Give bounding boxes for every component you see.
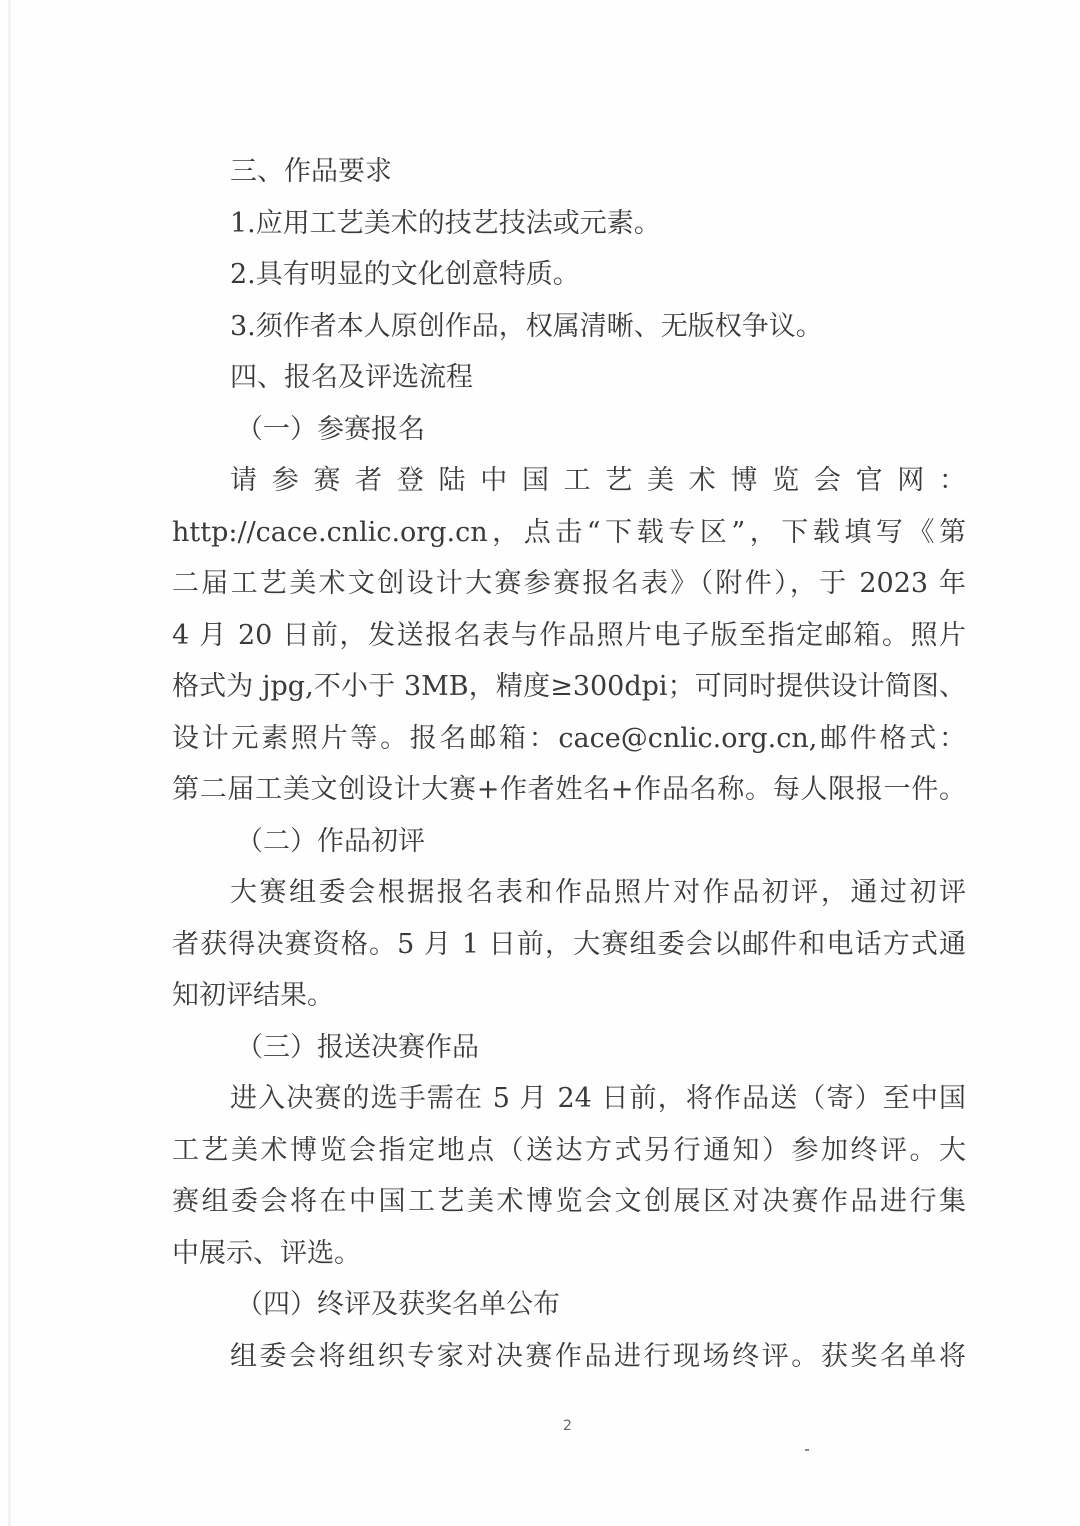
paragraph-line: 请参赛者登陆中国工艺美术博览会官网： bbox=[172, 455, 966, 507]
paragraph-line: 设计元素照片等。报名邮箱：cace@cnlic.org.cn,邮件格式： bbox=[172, 713, 966, 765]
paragraph-line: 格式为 jpg,不小于 3MB，精度≥300dpi；可同时提供设计简图、 bbox=[172, 661, 966, 713]
document-page: 三、作品要求 1.应用工艺美术的技艺技法或元素。 2.具有明显的文化创意特质。 … bbox=[0, 0, 1080, 1526]
paragraph-line: 赛组委会将在中国工艺美术博览会文创展区对决赛作品进行集 bbox=[172, 1176, 966, 1228]
requirement-item-2: 2.具有明显的文化创意特质。 bbox=[172, 249, 966, 301]
paragraph-line: 者获得决赛资格。5 月 1 日前，大赛组委会以邮件和电话方式通 bbox=[172, 919, 966, 971]
paragraph-line: 二届工艺美术文创设计大赛参赛报名表》（附件），于 2023 年 bbox=[172, 558, 966, 610]
subsection-heading-final-review: （四）终评及获奖名单公布 bbox=[172, 1279, 966, 1331]
paragraph-line: 工艺美术博览会指定地点（送达方式另行通知）参加终评。大 bbox=[172, 1125, 966, 1177]
document-body: 三、作品要求 1.应用工艺美术的技艺技法或元素。 2.具有明显的文化创意特质。 … bbox=[172, 146, 966, 1382]
page-number: 2 bbox=[563, 1418, 572, 1434]
scan-edge bbox=[8, 0, 11, 1526]
requirement-item-1: 1.应用工艺美术的技艺技法或元素。 bbox=[172, 198, 966, 250]
paragraph-line: http://cace.cnlic.org.cn，点击“下载专区”，下载填写《第 bbox=[172, 507, 966, 559]
paragraph-line: 知初评结果。 bbox=[172, 970, 966, 1022]
section-heading-requirements: 三、作品要求 bbox=[172, 146, 966, 198]
subsection-heading-registration: （一）参赛报名 bbox=[172, 404, 966, 456]
paragraph-line: 大赛组委会根据报名表和作品照片对作品初评，通过初评 bbox=[172, 867, 966, 919]
paragraph-line: 进入决赛的选手需在 5 月 24 日前，将作品送（寄）至中国 bbox=[172, 1073, 966, 1125]
paragraph-line: 第二届工美文创设计大赛+作者姓名+作品名称。每人限报一件。 bbox=[172, 764, 966, 816]
paragraph-line: 组委会将组织专家对决赛作品进行现场终评。获奖名单将 bbox=[172, 1331, 966, 1383]
requirement-item-3: 3.须作者本人原创作品，权属清晰、无版权争议。 bbox=[172, 301, 966, 353]
paragraph-line: 4 月 20 日前，发送报名表与作品照片电子版至指定邮箱。照片 bbox=[172, 610, 966, 662]
section-heading-process: 四、报名及评选流程 bbox=[172, 352, 966, 404]
subsection-heading-final-submission: （三）报送决赛作品 bbox=[172, 1022, 966, 1074]
scan-speck bbox=[805, 1449, 809, 1451]
paragraph-line: 中展示、评选。 bbox=[172, 1228, 966, 1280]
subsection-heading-preliminary: （二）作品初评 bbox=[172, 816, 966, 868]
